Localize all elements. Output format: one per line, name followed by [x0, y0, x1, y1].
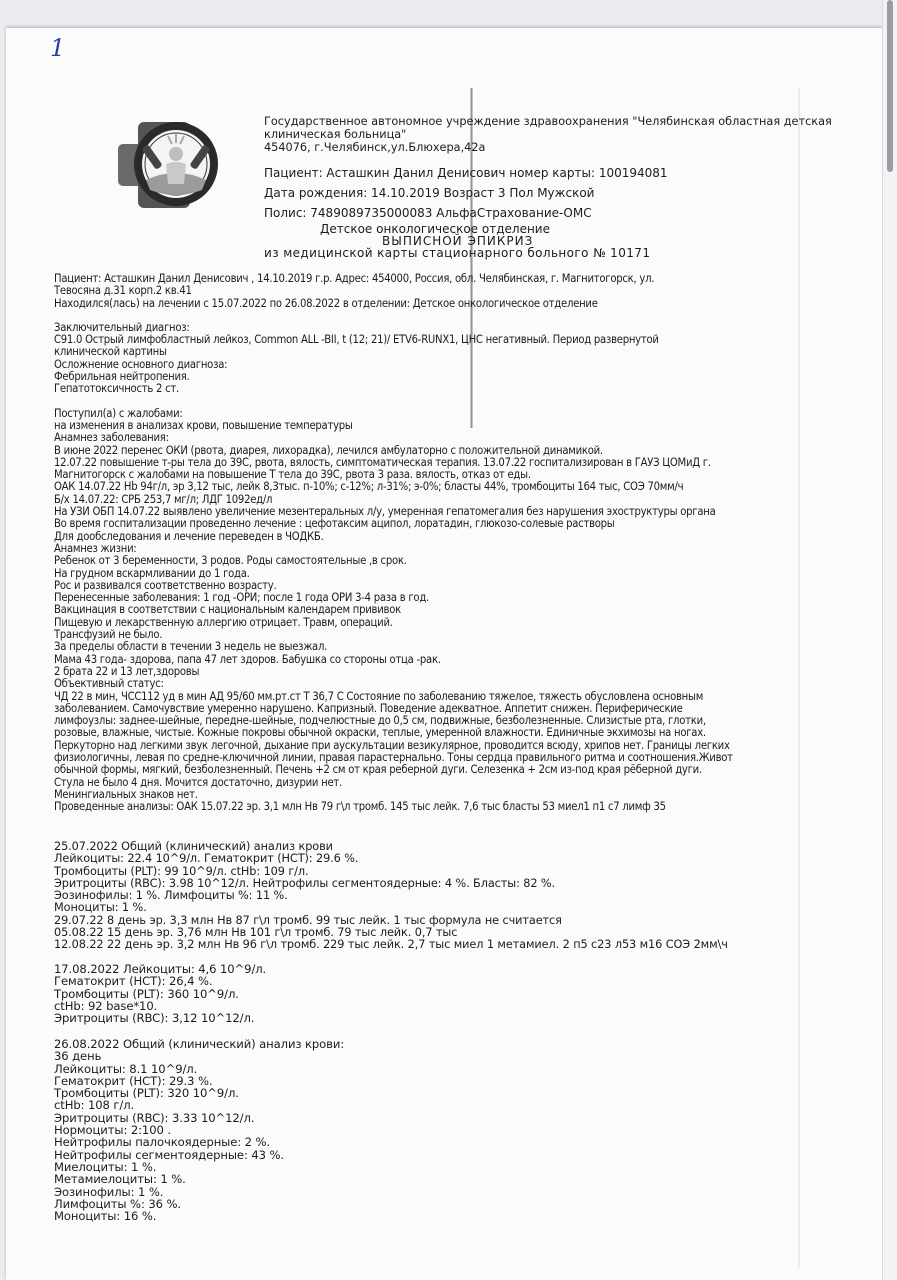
- text-line: Для дообследования и лечение переведен в…: [54, 531, 854, 543]
- text-line: на изменения в анализах крови, повышение…: [54, 420, 854, 432]
- document-subtitle: из медицинской карты стационарного больн…: [264, 246, 764, 260]
- text-line: Эозинофилы: 1 %.: [54, 1186, 344, 1198]
- text-line: В июне 2022 перенес ОКИ (рвота, диарея, …: [54, 445, 854, 457]
- text-line: Вакцинация в соответствии с национальным…: [54, 604, 854, 616]
- anamnesis-section: Поступил(а) с жалобами:на изменения в ан…: [54, 408, 854, 814]
- org-name-line: Государственное автономное учреждение зд…: [264, 115, 832, 128]
- scrollbar[interactable]: [882, 0, 897, 1280]
- text-line: ЧД 22 в мин, ЧСС112 уд в мин АД 95/60 мм…: [54, 691, 854, 703]
- hospital-logo-icon: [104, 114, 224, 214]
- patient-info: Пациент: Асташкин Данил Денисович , 14.1…: [54, 273, 854, 813]
- blood-test-26-08: 26.08.2022 Общий (клинический) анализ кр…: [54, 1038, 344, 1222]
- text-line: Пищевую и лекарственную аллергию отрицае…: [54, 617, 854, 629]
- document-page: 1 Государственное автономное учреждение …: [6, 28, 883, 1280]
- blood-test-25-07: 25.07.2022 Общий (клинический) анализ кр…: [54, 841, 728, 952]
- patient-line: Пациент: Асташкин Данил Денисович номер …: [264, 166, 668, 180]
- scrollbar-thumb[interactable]: [887, 0, 893, 172]
- text-line: Лейкоциты: 22.4 10^9/л. Гематокрит (HCT)…: [54, 853, 728, 865]
- text-line: Моноциты: 1 %.: [54, 902, 728, 914]
- text-line: Анамнез заболевания:: [54, 432, 854, 444]
- text-line: За пределы области в течении 3 недель не…: [54, 641, 854, 653]
- text-line: На грудном вскармливании до 1 года.: [54, 568, 854, 580]
- text-line: ОАК 14.07.22 Hb 94г/л, эр 3,12 тыс, лейк…: [54, 481, 854, 493]
- birth-date-line: Дата рождения: 14.10.2019 Возраст 3 Пол …: [264, 186, 594, 200]
- handwritten-page-number: 1: [50, 34, 65, 62]
- blood-test-17-08: 17.08.2022 Лейкоциты: 4,6 10^9/л.Гематок…: [54, 963, 266, 1024]
- text-line: Метамиелоциты: 1 %.: [54, 1173, 344, 1185]
- text-line: 36 день: [54, 1050, 344, 1062]
- text-line: Объективный статус:: [54, 678, 854, 690]
- text-line: 12.08.22 22 день эр. 3,2 млн Нв 96 г\л т…: [54, 939, 728, 951]
- text-line: Моноциты: 16 %.: [54, 1210, 344, 1222]
- policy-line: Полис: 7489089735000083 АльфаСтрахование…: [264, 206, 592, 220]
- text-line: Проведенные анализы: ОАК 15.07.22 эр. 3,…: [54, 801, 854, 813]
- org-address: 454076, г.Челябинск,ул.Блюхера,42а: [264, 141, 832, 154]
- text-line: обычной формы, мягкий, безболезненный. П…: [54, 764, 854, 776]
- text-line: Эозинофилы: 1 %. Лимфоциты %: 11 %.: [54, 890, 728, 902]
- text-line: Нейтрофилы палочкоядерные: 2 %.: [54, 1136, 344, 1148]
- text-line: Гематокрит (HCT): 26,4 %.: [54, 975, 266, 987]
- text-line: Во время госпитализации проведенно лечен…: [54, 518, 854, 530]
- org-name-line: клиническая больница": [264, 128, 832, 141]
- text-line: ctHb: 108 г/л.: [54, 1099, 344, 1111]
- text-line: розовые, влажные, чистые. Кожные покровы…: [54, 727, 854, 739]
- text-line: Ребенок от 3 беременности, 3 родов. Роды…: [54, 555, 854, 567]
- hospital-name: Государственное автономное учреждение зд…: [264, 115, 832, 154]
- viewer-top-bar: [0, 0, 897, 28]
- text-line: Эритроциты (RBC): 3,12 10^12/л.: [54, 1012, 266, 1024]
- text-line: 2 брата 22 и 13 лет,здоровы: [54, 666, 854, 678]
